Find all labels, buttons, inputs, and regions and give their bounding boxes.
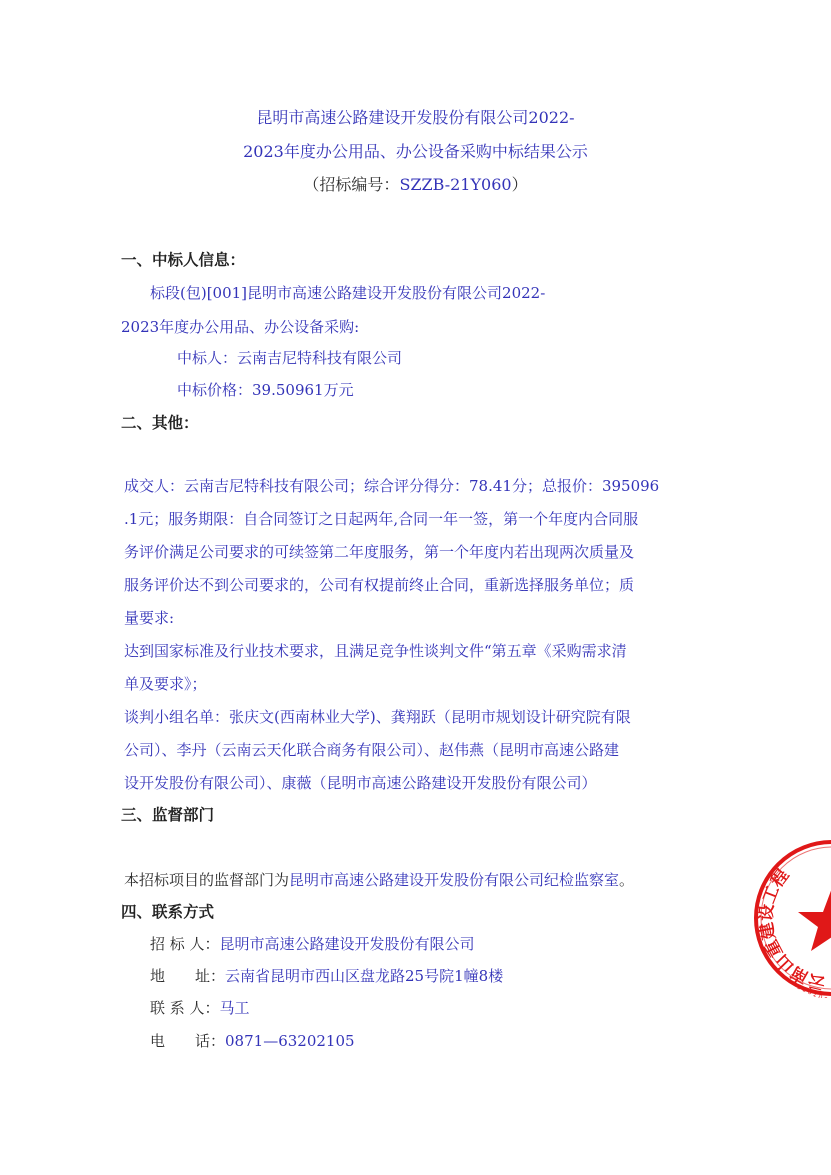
supervision-prefix: 本招标项目的监督部门为 xyxy=(124,871,289,889)
other-line-9: 公司）、李丹（云南云天化联合商务有限公司）、赵伟燕（昆明市高速公路建 xyxy=(124,740,619,760)
price-value: 39.50961万元 xyxy=(252,381,354,399)
tender-code: SZZB-21Y060 xyxy=(399,175,511,194)
company-seal-stamp: 云南山重建设工程 • 5 2 0 1 0 0 • xyxy=(752,838,831,998)
other-line-4: 服务评价达不到公司要求的，公司有权提前终止合同，重新选择服务单位；质 xyxy=(124,575,634,595)
contact-label: 联 系 人： xyxy=(150,998,220,1018)
winner-label: 中标人： xyxy=(177,349,237,367)
contact-row-phone: 电 话：0871—63202105 xyxy=(150,1031,355,1051)
other-line-3: 务评价满足公司要求的可续签第二年度服务，第一个年度内若出现两次质量及 xyxy=(124,542,634,562)
other-line-8: 谈判小组名单：张庆文(西南林业大学)、龚翔跃（昆明市规划设计研究院有限 xyxy=(124,707,631,727)
contact-value: 马工 xyxy=(220,999,250,1017)
lot-line-1: 标段(包)[001]昆明市高速公路建设开发股份有限公司2022- xyxy=(150,283,545,303)
supervision-department: 昆明市高速公路建设开发股份有限公司纪检监察室 xyxy=(289,871,619,889)
title-code-prefix: （招标编号： xyxy=(303,175,399,194)
contact-label: 地 址： xyxy=(150,966,225,986)
contact-value: 云南省昆明市西山区盘龙路25号院1幢8楼 xyxy=(225,967,503,985)
winner-value: 云南吉尼特科技有限公司 xyxy=(237,349,402,367)
section-4-heading: 四、联系方式 xyxy=(121,902,214,922)
price-label: 中标价格： xyxy=(177,381,252,399)
price-row: 中标价格：39.50961万元 xyxy=(177,380,354,400)
contact-label: 招 标 人： xyxy=(150,934,220,954)
contact-label: 电 话： xyxy=(150,1031,225,1051)
other-line-6: 达到国家标准及行业技术要求，且满足竞争性谈判文件“第五章《采购需求清 xyxy=(124,641,627,661)
title-code-suffix: ） xyxy=(512,175,528,194)
supervision-suffix: 。 xyxy=(619,871,634,889)
stamp-text: 云南山重建设工程 xyxy=(756,865,828,993)
section-1-heading: 一、中标人信息： xyxy=(121,250,245,270)
supervision-text: 本招标项目的监督部门为昆明市高速公路建设开发股份有限公司纪检监察室。 xyxy=(124,870,634,890)
contact-row-address: 地 址：云南省昆明市西山区盘龙路25号院1幢8楼 xyxy=(150,966,503,986)
svg-text:云南山重建设工程: 云南山重建设工程 xyxy=(756,865,828,993)
winner-row: 中标人：云南吉尼特科技有限公司 xyxy=(177,348,402,368)
contact-value: 昆明市高速公路建设开发股份有限公司 xyxy=(220,935,475,953)
other-line-5: 量要求: xyxy=(124,608,174,628)
contact-value: 0871—63202105 xyxy=(225,1032,355,1050)
section-2-heading: 二、其他： xyxy=(121,413,199,433)
section-3-heading: 三、监督部门 xyxy=(121,805,214,825)
other-line-10: 设开发股份有限公司）、康薇（昆明市高速公路建设开发股份有限公司） xyxy=(124,773,597,793)
other-line-2: .1元；服务期限：自合同签订之日起两年,合同一年一签，第一个年度内合同服 xyxy=(124,509,638,529)
title-line-1: 昆明市高速公路建设开发股份有限公司2022- xyxy=(0,108,831,128)
contact-row-tenderer: 招 标 人：昆明市高速公路建设开发股份有限公司 xyxy=(150,934,475,954)
other-line-7: 单及要求》； xyxy=(124,674,207,694)
title-line-3: （招标编号：SZZB-21Y060） xyxy=(0,175,831,195)
lot-line-2: 2023年度办公用品、办公设备采购: xyxy=(121,317,359,337)
star-icon xyxy=(798,888,831,951)
document-page: 昆明市高速公路建设开发股份有限公司2022- 2023年度办公用品、办公设备采购… xyxy=(0,0,831,1175)
contact-row-person: 联 系 人：马工 xyxy=(150,998,250,1018)
other-line-1: 成交人：云南吉尼特科技有限公司；综合评分得分：78.41分；总报价：395096 xyxy=(124,476,659,496)
title-line-2: 2023年度办公用品、办公设备采购中标结果公示 xyxy=(0,142,831,162)
